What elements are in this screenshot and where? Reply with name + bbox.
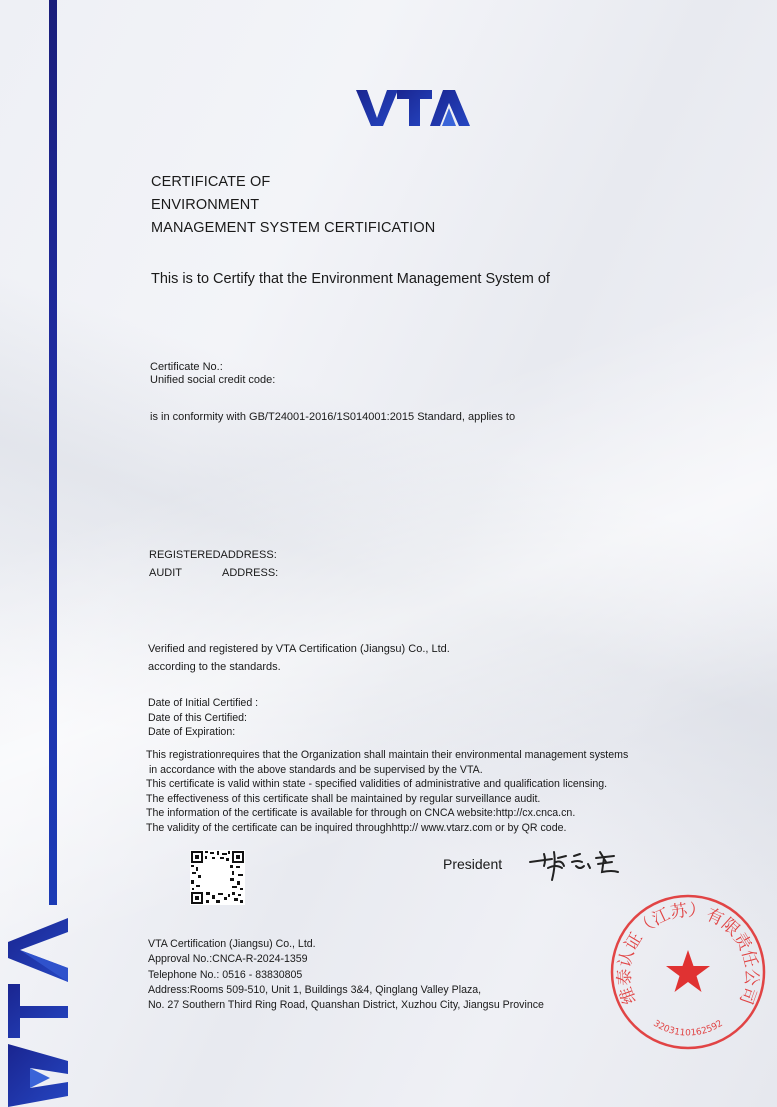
vta-side-logo bbox=[0, 918, 70, 1107]
decorative-vertical-line bbox=[49, 0, 57, 905]
footer-address: No. 27 Southern Third Ring Road, Quansha… bbox=[148, 998, 544, 1013]
footer-approval: Approval No.:CNCA-R-2024-1359 bbox=[148, 952, 544, 967]
audit-address-label: ADDRESS: bbox=[222, 567, 278, 579]
footer-address: Address:Rooms 509-510, Unit 1, Buildings… bbox=[148, 983, 544, 998]
seal-number: 3203110162592 bbox=[651, 1019, 724, 1039]
terms-line: This registrationrequires that the Organ… bbox=[146, 748, 628, 763]
terms-line: The information of the certificate is av… bbox=[146, 806, 628, 821]
credit-code-label: Unified social credit code: bbox=[150, 374, 275, 386]
this-date-label: Date of this Certified: bbox=[148, 711, 258, 726]
title-line: CERTIFICATE OF bbox=[151, 171, 435, 194]
president-signature bbox=[526, 846, 630, 882]
audit-label: AUDIT bbox=[149, 567, 182, 579]
title-line: MANAGEMENT SYSTEM CERTIFICATION bbox=[151, 217, 435, 240]
registered-address-label: REGISTEREDADDRESS: bbox=[149, 549, 277, 561]
company-seal: 维泰认证（江苏）有限责任公司 3203110162592 bbox=[608, 892, 768, 1052]
verification-line: according to the standards. bbox=[148, 661, 281, 673]
footer-telephone: Telephone No.: 0516 - 83830805 bbox=[148, 968, 544, 983]
title-line: ENVIRONMENT bbox=[151, 194, 435, 217]
certificate-no-label: Certificate No.: bbox=[150, 361, 223, 373]
initial-date-label: Date of Initial Certified : bbox=[148, 696, 258, 711]
vta-logo bbox=[356, 88, 470, 128]
president-label: President bbox=[443, 856, 502, 872]
footer-company: VTA Certification (Jiangsu) Co., Ltd. bbox=[148, 937, 544, 952]
expiration-date-label: Date of Expiration: bbox=[148, 725, 258, 740]
terms-block: This registrationrequires that the Organ… bbox=[146, 748, 628, 836]
certificate-title: CERTIFICATE OF ENVIRONMENT MANAGEMENT SY… bbox=[151, 171, 435, 240]
qr-code[interactable] bbox=[190, 850, 245, 905]
conformity-statement: is in conformity with GB/T24001-2016/1S0… bbox=[150, 411, 515, 423]
verification-line: Verified and registered by VTA Certifica… bbox=[148, 643, 450, 655]
terms-line: The validity of the certificate can be i… bbox=[146, 821, 628, 836]
footer-block: VTA Certification (Jiangsu) Co., Ltd. Ap… bbox=[148, 937, 544, 1013]
terms-line: This certificate is valid within state -… bbox=[146, 777, 628, 792]
svg-text:3203110162592: 3203110162592 bbox=[651, 1019, 724, 1039]
certify-statement: This is to Certify that the Environment … bbox=[151, 271, 550, 287]
terms-line: The effectiveness of this certificate sh… bbox=[146, 792, 628, 807]
dates-block: Date of Initial Certified : Date of this… bbox=[148, 696, 258, 740]
terms-line: in accordance with the above standards a… bbox=[146, 763, 628, 778]
